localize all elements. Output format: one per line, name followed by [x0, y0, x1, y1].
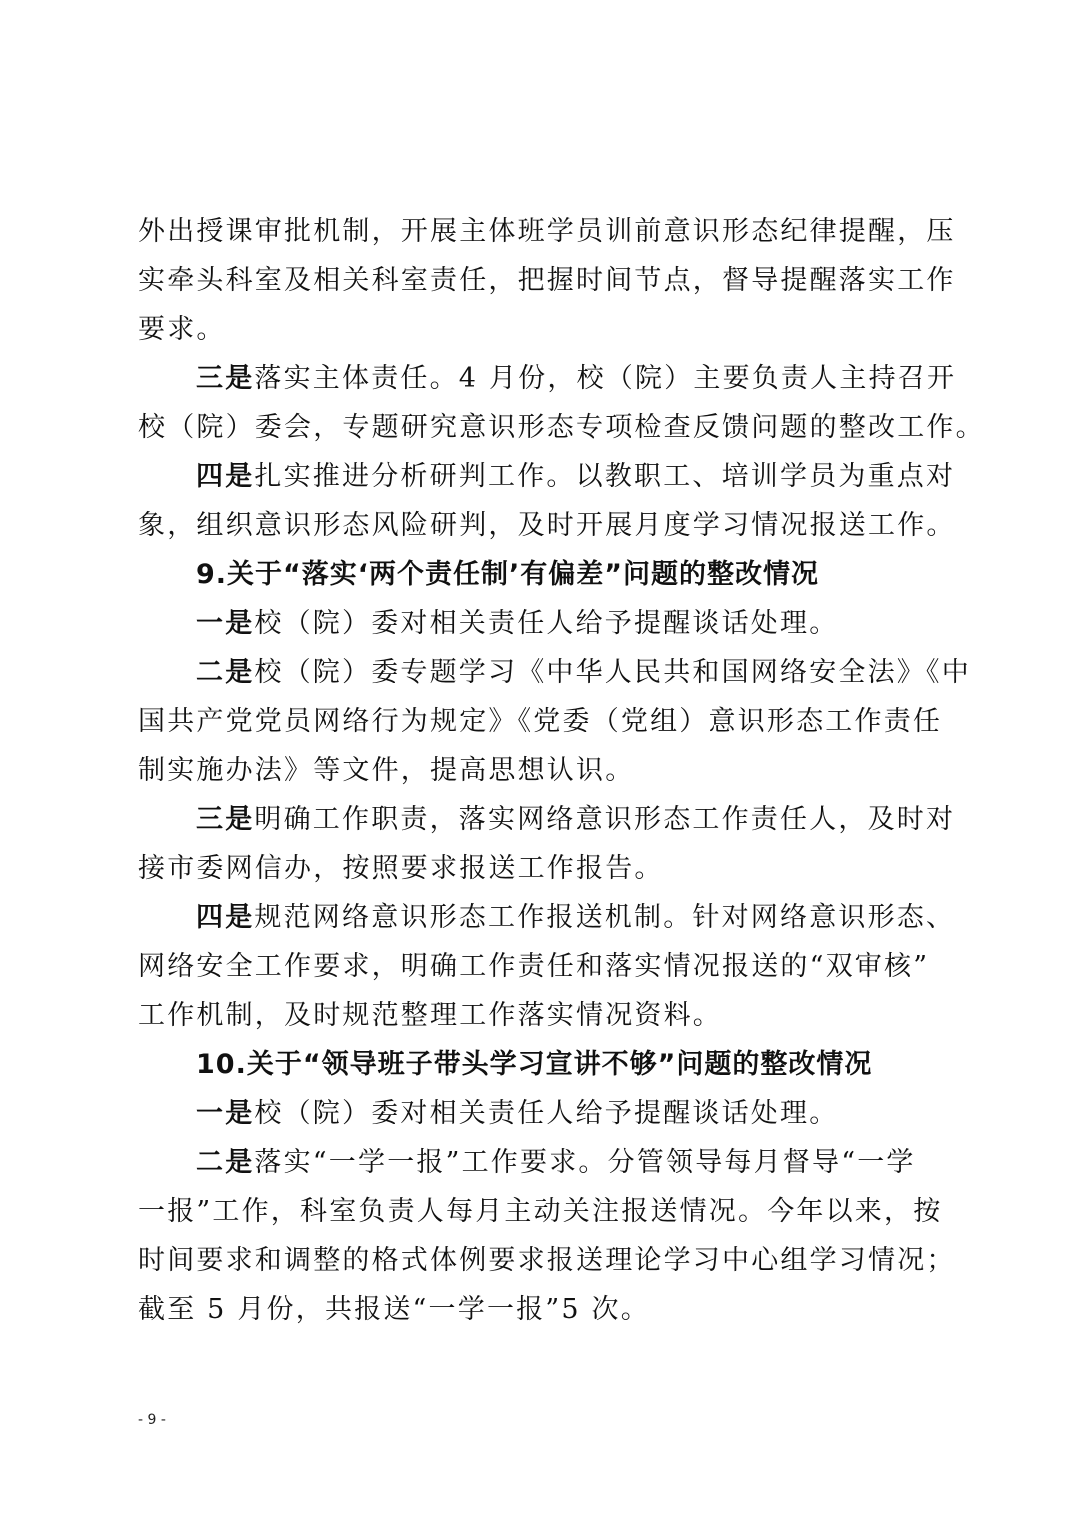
paragraph-lead: 三是: [196, 354, 254, 403]
paragraph-lead: 三是: [196, 795, 254, 844]
line-text: 规范网络意识形态工作报送机制。针对网络意识形态、: [254, 893, 955, 942]
heading-text: 9.关于“落实‘两个责任制’有偏差”问题的整改情况: [196, 550, 819, 599]
line-text: 网络安全工作要求，明确工作责任和落实情况报送的“双审核”: [138, 942, 929, 991]
text-line: 要求。: [138, 305, 938, 354]
paragraph-lead: 二是: [196, 1138, 254, 1187]
text-line: 制实施办法》等文件，提高思想认识。: [138, 746, 938, 795]
line-text: 实牵头科室及相关科室责任，把握时间节点，督导提醒落实工作: [138, 256, 956, 305]
text-line: 校（院）委会，专题研究意识形态专项检查反馈问题的整改工作。: [138, 403, 938, 452]
text-line: 外出授课审批机制，开展主体班学员训前意识形态纪律提醒，压: [138, 207, 938, 256]
paragraph-lead: 四是: [196, 452, 254, 501]
text-line: 时间要求和调整的格式体例要求报送理论学习中心组学习情况；: [138, 1236, 938, 1285]
line-text: 校（院）委会，专题研究意识形态专项检查反馈问题的整改工作。: [138, 403, 985, 452]
text-line: 实牵头科室及相关科室责任，把握时间节点，督导提醒落实工作: [138, 256, 938, 305]
paragraph-lead: 一是: [196, 599, 254, 648]
paragraph-lead: 一是: [196, 1089, 254, 1138]
text-line: 接市委网信办，按照要求报送工作报告。: [138, 844, 938, 893]
document-body: 外出授课审批机制，开展主体班学员训前意识形态纪律提醒，压 实牵头科室及相关科室责…: [138, 207, 938, 1334]
line-text: 外出授课审批机制，开展主体班学员训前意识形态纪律提醒，压: [138, 207, 956, 256]
text-line: 网络安全工作要求，明确工作责任和落实情况报送的“双审核”: [138, 942, 938, 991]
line-text: 落实主体责任。4 月份，校（院）主要负责人主持召开: [254, 354, 956, 403]
paragraph-start: 二是校（院）委专题学习《中华人民共和国网络安全法》《中: [138, 648, 938, 697]
paragraph-start: 一是校（院）委对相关责任人给予提醒谈话处理。: [138, 599, 938, 648]
paragraph-start: 四是规范网络意识形态工作报送机制。针对网络意识形态、: [138, 893, 938, 942]
text-line: 截至 5 月份，共报送“一学一报”5 次。: [138, 1285, 938, 1334]
paragraph-start: 一是校（院）委对相关责任人给予提醒谈话处理。: [138, 1089, 938, 1138]
paragraph-lead: 二是: [196, 648, 254, 697]
line-text: 校（院）委对相关责任人给予提醒谈话处理。: [254, 1089, 838, 1138]
paragraph-start: 二是落实“一学一报”工作要求。分管领导每月督导“一学: [138, 1138, 938, 1187]
page-number: - 9 -: [138, 1412, 166, 1428]
line-text: 校（院）委专题学习《中华人民共和国网络安全法》《中: [254, 648, 971, 697]
paragraph-start: 三是落实主体责任。4 月份，校（院）主要负责人主持召开: [138, 354, 938, 403]
heading-text: 10.关于“领导班子带头学习宣讲不够”问题的整改情况: [196, 1040, 872, 1089]
line-text: 象，组织意识形态风险研判，及时开展月度学习情况报送工作。: [138, 501, 956, 550]
paragraph-lead: 四是: [196, 893, 254, 942]
line-text: 截至 5 月份，共报送“一学一报”5 次。: [138, 1285, 650, 1334]
paragraph-start: 四是扎实推进分析研判工作。以教职工、培训学员为重点对: [138, 452, 938, 501]
line-text: 一报”工作，科室负责人每月主动关注报送情况。今年以来，按: [138, 1187, 942, 1236]
text-line: 工作机制，及时规范整理工作落实情况资料。: [138, 991, 938, 1040]
line-text: 工作机制，及时规范整理工作落实情况资料。: [138, 991, 722, 1040]
section-heading: 9.关于“落实‘两个责任制’有偏差”问题的整改情况: [138, 550, 938, 599]
line-text: 要求。: [138, 305, 226, 354]
line-text: 国共产党党员网络行为规定》《党委（党组）意识形态工作责任: [138, 697, 942, 746]
document-page: 外出授课审批机制，开展主体班学员训前意识形态纪律提醒，压 实牵头科室及相关科室责…: [0, 0, 1074, 1520]
line-text: 制实施办法》等文件，提高思想认识。: [138, 746, 634, 795]
line-text: 时间要求和调整的格式体例要求报送理论学习中心组学习情况；: [138, 1236, 956, 1285]
paragraph-start: 三是明确工作职责，落实网络意识形态工作责任人，及时对: [138, 795, 938, 844]
line-text: 明确工作职责，落实网络意识形态工作责任人，及时对: [254, 795, 955, 844]
line-text: 校（院）委对相关责任人给予提醒谈话处理。: [254, 599, 838, 648]
section-heading: 10.关于“领导班子带头学习宣讲不够”问题的整改情况: [138, 1040, 938, 1089]
text-line: 一报”工作，科室负责人每月主动关注报送情况。今年以来，按: [138, 1187, 938, 1236]
line-text: 接市委网信办，按照要求报送工作报告。: [138, 844, 664, 893]
line-text: 落实“一学一报”工作要求。分管领导每月督导“一学: [254, 1138, 915, 1187]
text-line: 国共产党党员网络行为规定》《党委（党组）意识形态工作责任: [138, 697, 938, 746]
line-text: 扎实推进分析研判工作。以教职工、培训学员为重点对: [254, 452, 955, 501]
text-line: 象，组织意识形态风险研判，及时开展月度学习情况报送工作。: [138, 501, 938, 550]
